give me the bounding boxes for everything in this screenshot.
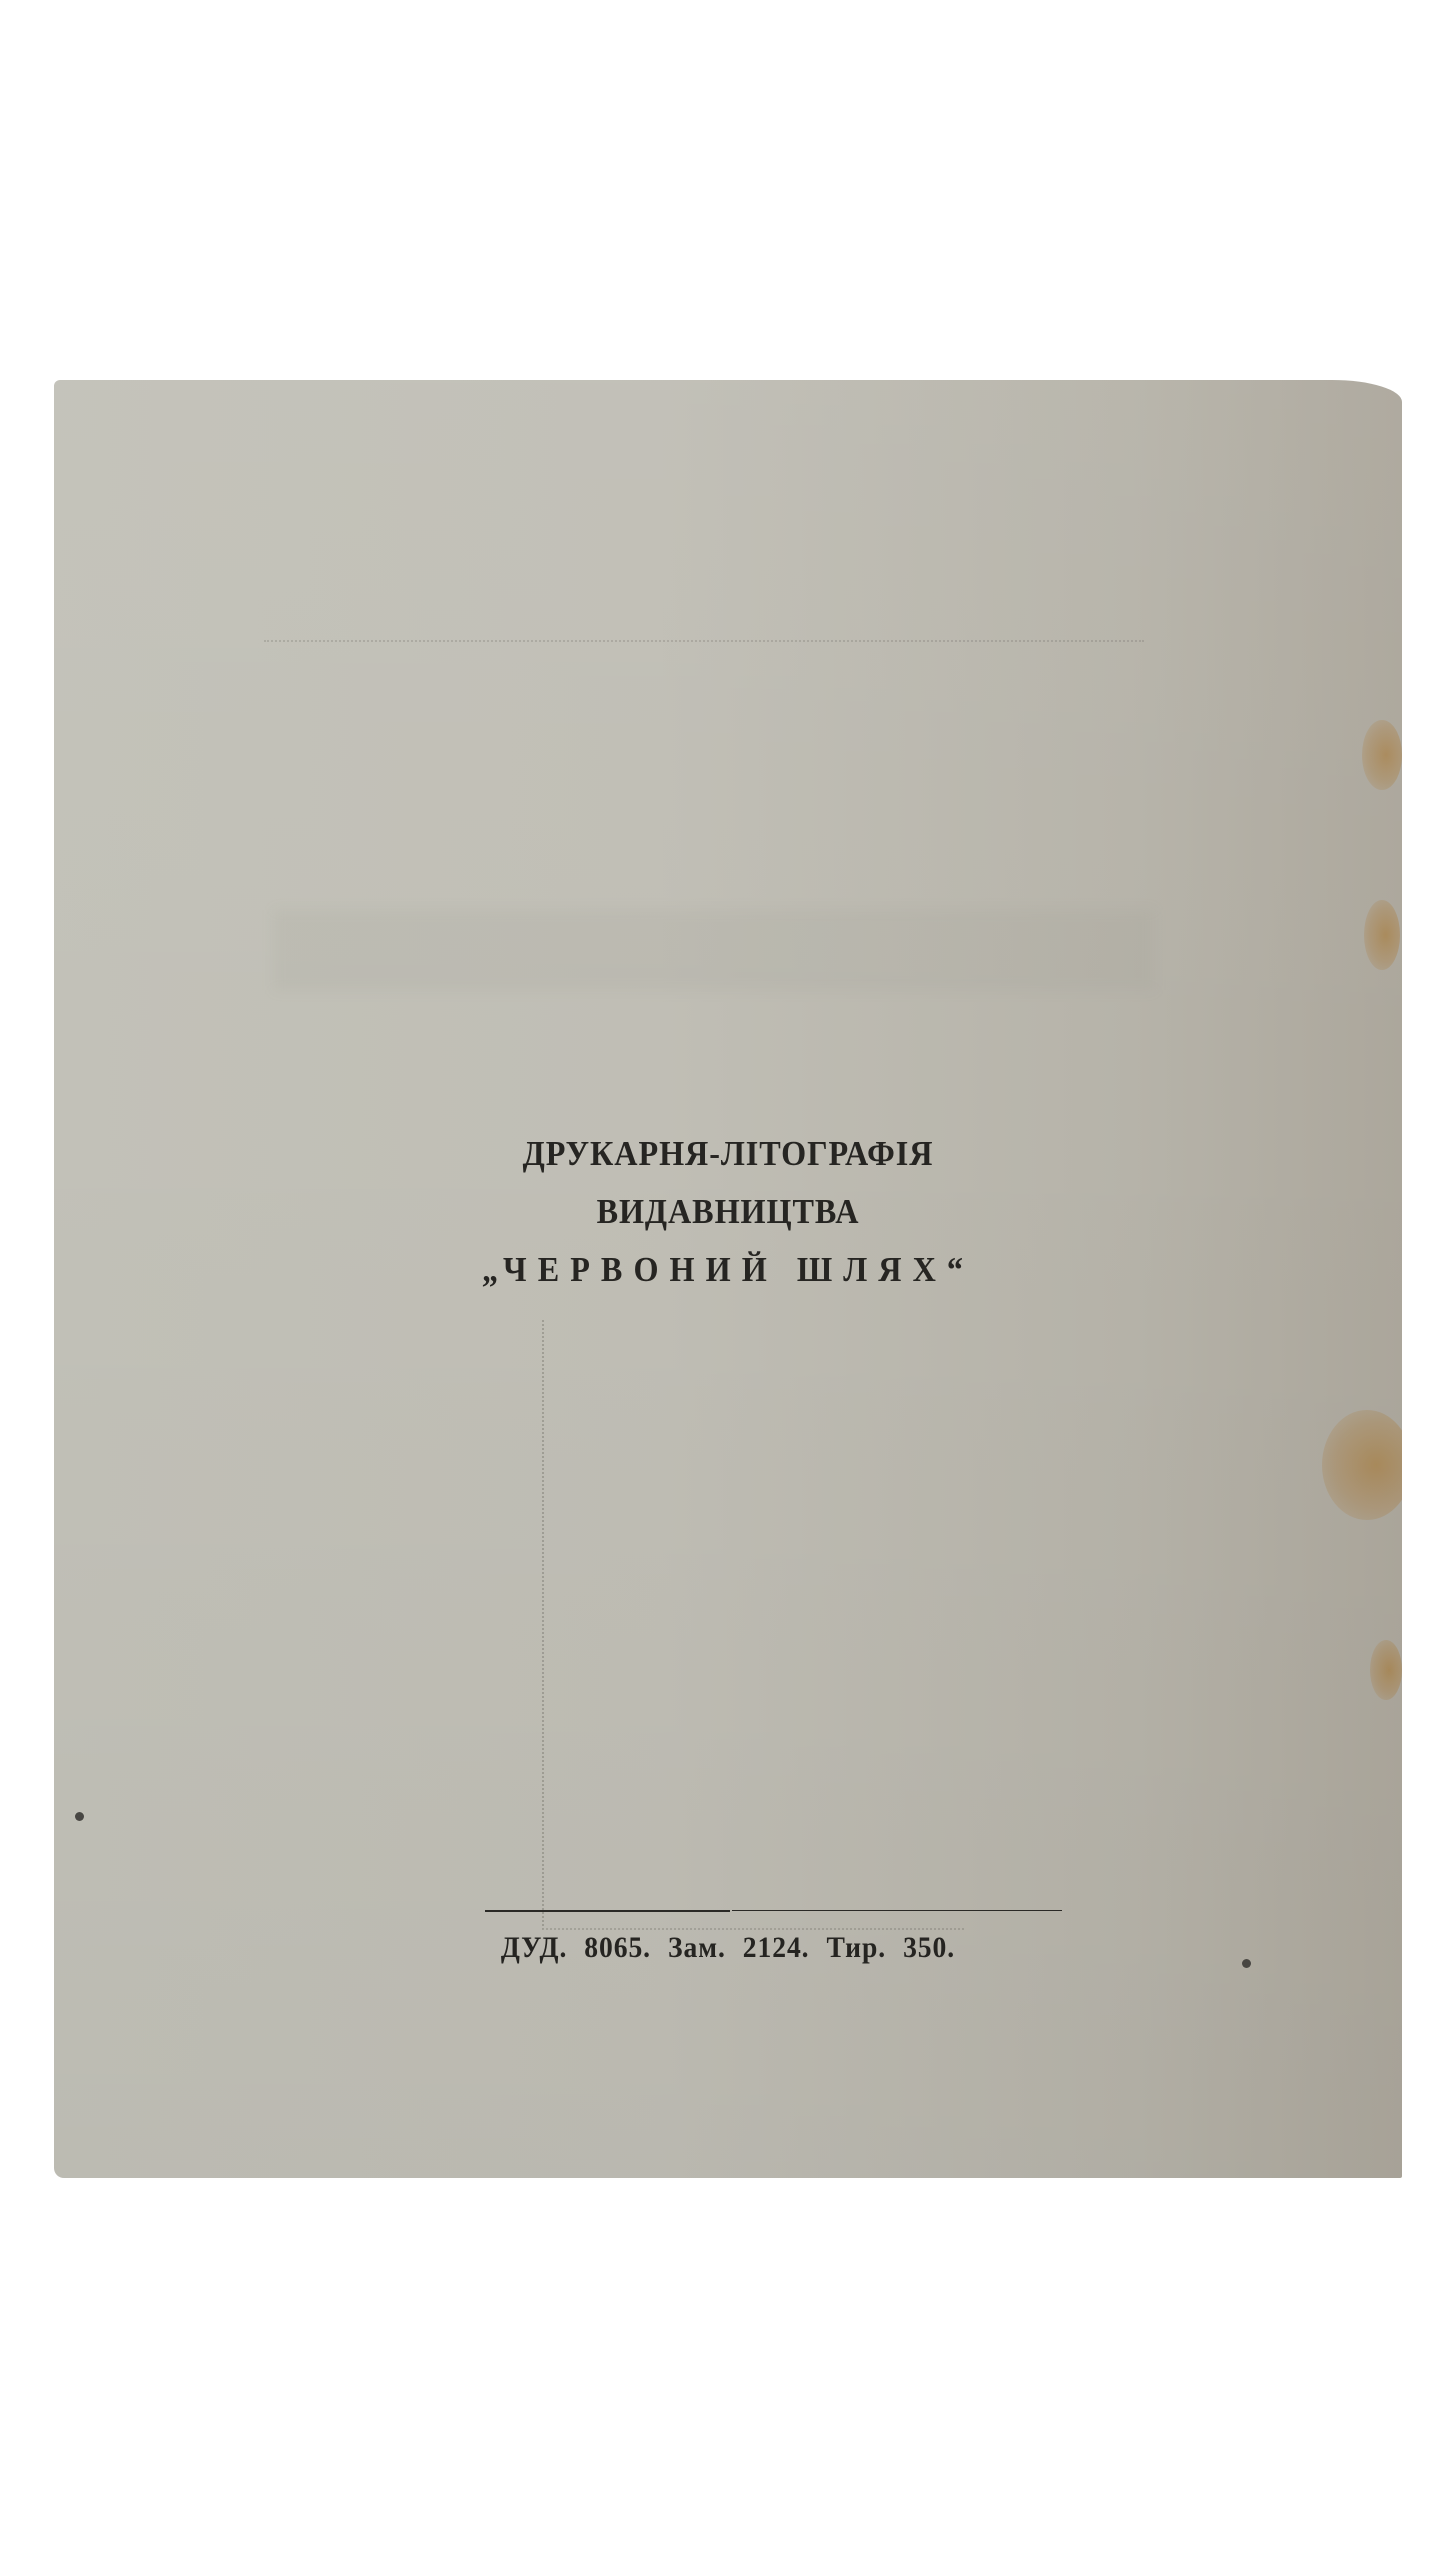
print-run-info: ДУД. 8065. Зам. 2124. Тир. 350. (108, 1931, 1348, 1965)
show-through-dotted-line (264, 640, 1144, 642)
printer-imprint: ДРУКАРНЯ-ЛІТОГРАФІЯ ВИДАВНИЦТВА „ЧЕРВОНИ… (54, 1125, 1402, 1299)
show-through-frame (542, 1320, 964, 1930)
footer-rule-left (485, 1910, 730, 1912)
imprint-line-publisher-label: ВИДАВНИЦТВА (108, 1183, 1348, 1241)
imprint-line-printing-house: ДРУКАРНЯ-ЛІТОГРАФІЯ (108, 1125, 1348, 1183)
footer-rule-right (732, 1910, 1062, 1911)
book-page: ДРУКАРНЯ-ЛІТОГРАФІЯ ВИДАВНИЦТВА „ЧЕРВОНИ… (54, 380, 1402, 2178)
foxing-stain (1322, 1410, 1402, 1520)
foxing-stain (1364, 900, 1400, 970)
ink-speck (75, 1812, 84, 1821)
foxing-stain (1362, 720, 1402, 790)
show-through-title-shadow (274, 910, 1154, 990)
foxing-stain (1370, 1640, 1402, 1700)
imprint-line-publisher-name: „ЧЕРВОНИЙ ШЛЯХ“ (108, 1241, 1348, 1299)
